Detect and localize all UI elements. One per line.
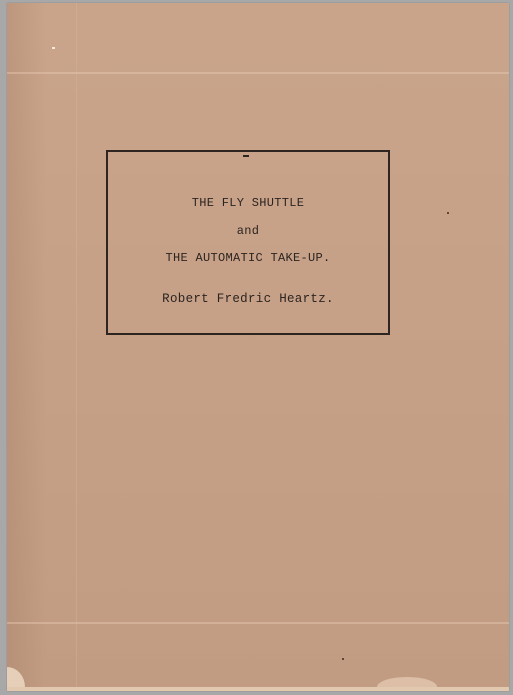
title-line-1: THE FLY SHUTTLE xyxy=(108,196,388,210)
cover-page: THE FLY SHUTTLE and THE AUTOMATIC TAKE-U… xyxy=(7,3,509,691)
title-conjunction: and xyxy=(108,224,388,238)
page-bottom-edge xyxy=(7,687,509,691)
spine-crease xyxy=(76,3,77,691)
paper-speck xyxy=(342,658,344,660)
fold-line-bottom xyxy=(7,622,509,624)
worn-corner xyxy=(7,667,25,687)
fold-line-top xyxy=(7,72,509,74)
author-name: Robert Fredric Heartz. xyxy=(108,292,388,306)
typed-mark xyxy=(243,155,249,157)
title-line-2: THE AUTOMATIC TAKE-UP. xyxy=(108,251,388,265)
title-label-box: THE FLY SHUTTLE and THE AUTOMATIC TAKE-U… xyxy=(106,150,390,335)
worn-edge xyxy=(377,677,437,687)
paper-speck xyxy=(447,212,449,214)
paper-speck xyxy=(52,47,55,49)
